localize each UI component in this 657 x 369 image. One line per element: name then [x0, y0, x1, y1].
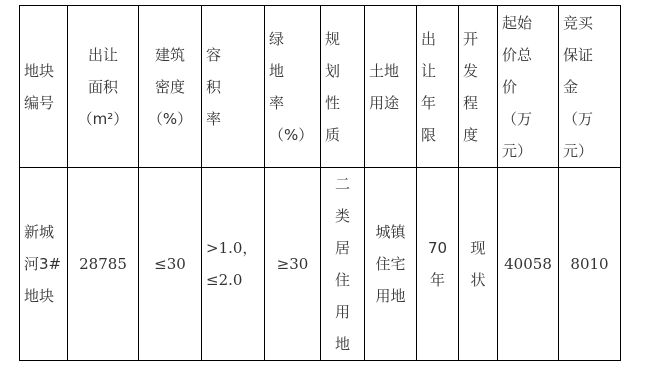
cell-term: 70 年: [417, 168, 459, 361]
cell-building-density: ≤30: [139, 168, 202, 361]
header-land-use: 土地 用途: [365, 6, 417, 168]
cell-development-level: 现 状: [459, 168, 498, 361]
header-green-ratio: 绿 地 率 （%）: [265, 6, 321, 168]
cell-land-use: 城镇 住宅 用地: [365, 168, 417, 361]
header-deposit: 竞买 保证 金 （万 元）: [559, 6, 621, 168]
header-building-density: 建筑 密度 （%）: [139, 6, 202, 168]
header-area: 出让 面积 （m²）: [68, 6, 139, 168]
cell-planning-nature: 二 类 居 住 用 地: [321, 168, 365, 361]
header-plot-id: 地块 编号: [20, 6, 68, 168]
header-floor-area-ratio: 容 积 率: [202, 6, 265, 168]
header-term: 出 让 年 限: [417, 6, 459, 168]
header-development-level: 开 发 程 度: [459, 6, 498, 168]
cell-green-ratio: ≥30: [265, 168, 321, 361]
land-parcel-table: 地块 编号 出让 面积 （m²） 建筑 密度 （%） 容 积 率 绿 地 率 （…: [19, 5, 621, 361]
cell-plot-id: 新城 河3# 地块: [20, 168, 68, 361]
header-planning-nature: 规 划 性 质: [321, 6, 365, 168]
cell-floor-area-ratio: >1.0， ≤2.0: [202, 168, 265, 361]
header-row: 地块 编号 出让 面积 （m²） 建筑 密度 （%） 容 积 率 绿 地 率 （…: [20, 6, 621, 168]
table-row: 新城 河3# 地块 28785 ≤30 >1.0， ≤2.0 ≥30 二 类 居…: [20, 168, 621, 361]
cell-deposit: 8010: [559, 168, 621, 361]
cell-starting-price: 40058: [498, 168, 559, 361]
cell-area: 28785: [68, 168, 139, 361]
header-starting-price: 起始 价总 价 （万 元）: [498, 6, 559, 168]
